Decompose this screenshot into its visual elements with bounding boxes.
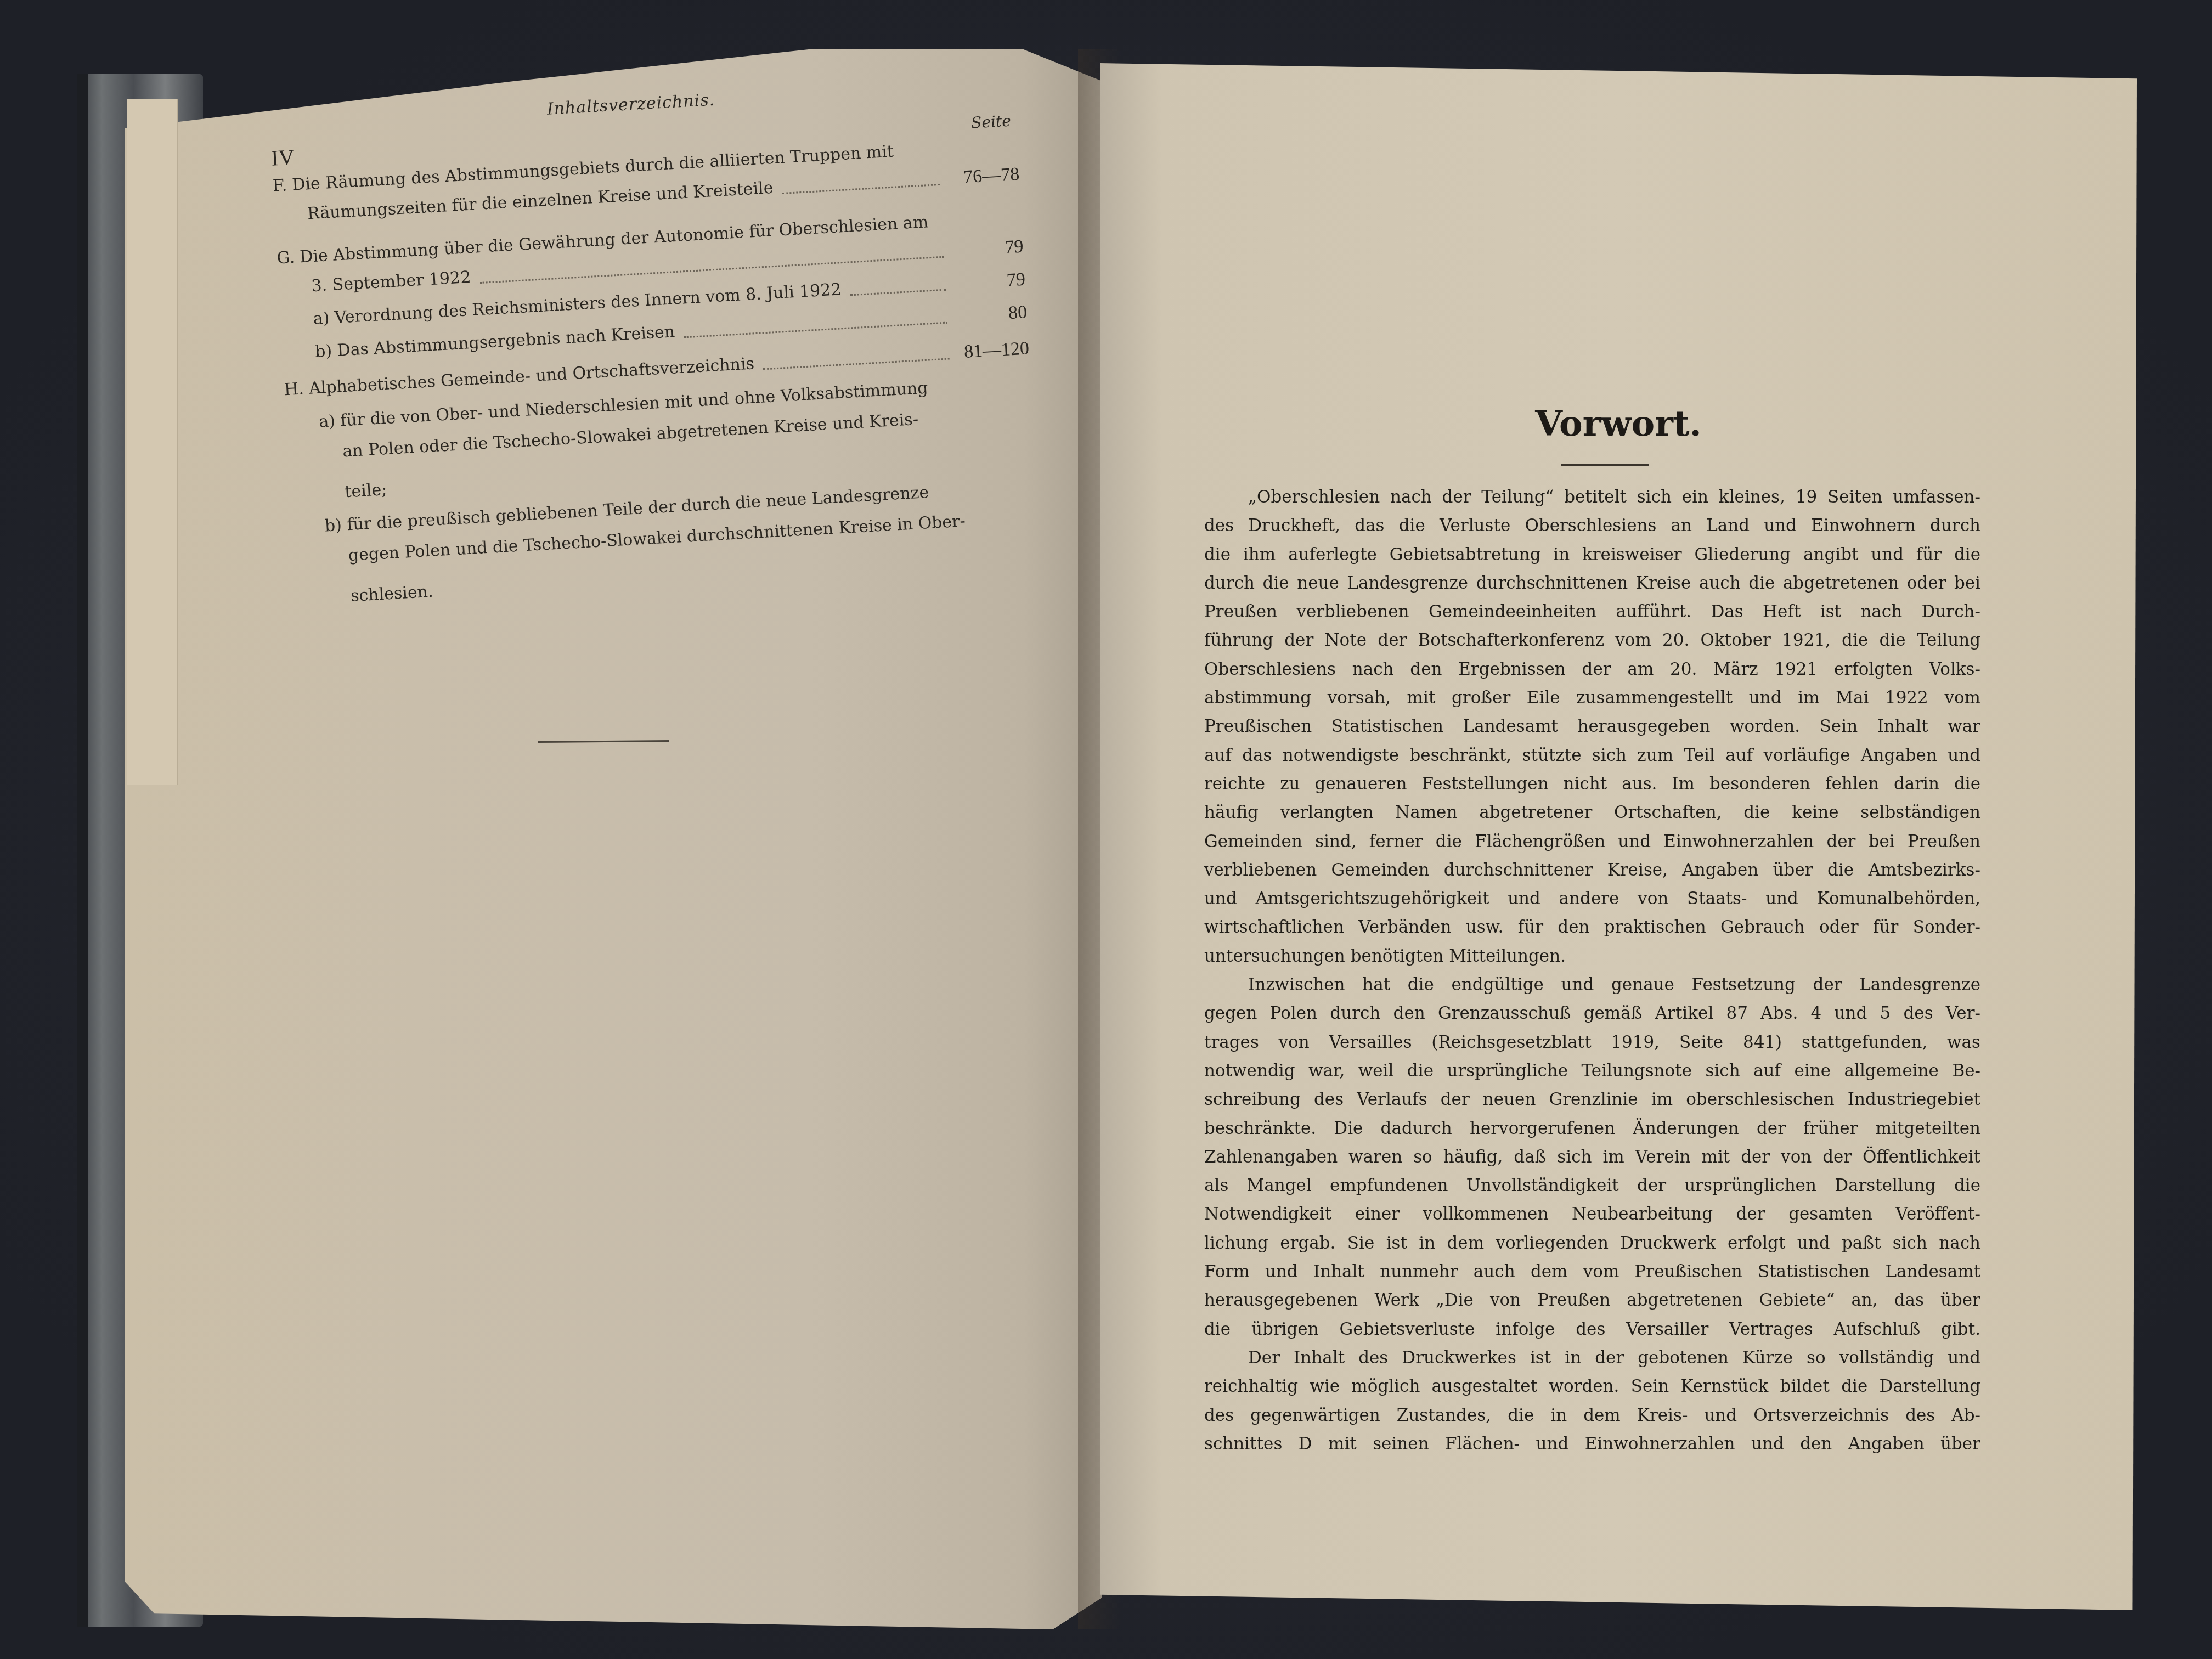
toc-page-ref: 80 <box>955 298 1028 330</box>
title-rule <box>1561 464 1649 466</box>
table-of-contents: Inhaltsverzeichnis. IV Seite F. Die Räum… <box>269 74 1042 614</box>
text-line: schreibung des Verlaufs der neuen Grenzl… <box>1204 1085 1980 1114</box>
text-line: verbliebenen Gemeinden durchschnittener … <box>1204 856 1980 884</box>
toc-page-ref: 76—78 <box>947 160 1020 193</box>
text-line: Notwendigkeit einer vollkommenen Neubear… <box>1204 1200 1980 1228</box>
text-line: Zahlenangaben waren so häufig, daß sich … <box>1204 1143 1980 1171</box>
book-spine-edge <box>77 74 88 1627</box>
text-line: „Oberschlesien nach der Teilung“ betitel… <box>1204 483 1980 511</box>
text-line: lichung ergab. Sie ist in dem vorliegend… <box>1204 1229 1980 1257</box>
text-line: notwendig war, weil die ursprüngliche Te… <box>1204 1057 1980 1085</box>
text-line: beschränkte. Die dadurch hervorgerufenen… <box>1204 1114 1980 1143</box>
text-line: Oberschlesiens nach den Ergebnissen der … <box>1204 655 1980 684</box>
text-line: die ihm auferlegte Gebietsabtretung in k… <box>1204 540 1980 569</box>
text-line: des gegenwärtigen Zustandes, die in dem … <box>1204 1401 1980 1430</box>
text-line: schnittes D mit seinen Flächen- und Einw… <box>1204 1430 1980 1458</box>
text-line: die übrigen Gebietsverluste infolge des … <box>1204 1315 1980 1344</box>
foreword-body: „Oberschlesien nach der Teilung“ betitel… <box>1204 483 1980 1458</box>
toc-page-ref: 79 <box>951 233 1024 265</box>
text-line: des Druckheft, das die Verluste Oberschl… <box>1204 511 1980 540</box>
text-line: Gemeinden sind, ferner die Flächengrößen… <box>1204 827 1980 856</box>
text-line: wirtschaftlichen Verbänden usw. für den … <box>1204 913 1980 941</box>
text-line: trages von Versailles (Reichsgesetzblatt… <box>1204 1028 1980 1057</box>
text-line: Preußen verbliebenen Gemeindeeinheiten a… <box>1204 597 1980 626</box>
toc-page-ref: 79 <box>953 266 1026 298</box>
paragraph-2: Inzwischen hat die endgültige und genaue… <box>1204 970 1980 1344</box>
text-line: gegen Polen durch den Grenzausschuß gemä… <box>1204 999 1980 1028</box>
toc-page-ref: 81—120 <box>957 334 1030 366</box>
page-column-header: Seite <box>970 112 1011 132</box>
text-line: Form und Inhalt nunmehr auch dem vom Pre… <box>1204 1257 1980 1286</box>
text-line: häufig verlangten Namen abgetretener Ort… <box>1204 798 1980 827</box>
text-line: untersuchungen benötigten Mitteilungen. <box>1204 942 1980 970</box>
text-line: Preußischen Statistischen Landesamt hera… <box>1204 712 1980 741</box>
leader-dots <box>684 322 947 338</box>
leader-dots <box>763 358 949 370</box>
text-line: Inzwischen hat die endgültige und genaue… <box>1204 970 1980 999</box>
left-page-inserted-flap <box>127 99 178 785</box>
text-line: und Amtsgerichtszugehörigkeit und andere… <box>1204 884 1980 913</box>
page-title: Vorwort. <box>1100 403 2137 444</box>
text-line: herausgegebenen Werk „Die von Preußen ab… <box>1204 1286 1980 1314</box>
text-line: abstimmung vorsah, mit großer Eile zusam… <box>1204 684 1980 712</box>
page-number: IV <box>270 144 295 171</box>
paragraph-3: Der Inhalt des Druckwerkes ist in der ge… <box>1204 1344 1980 1458</box>
text-line: Der Inhalt des Druckwerkes ist in der ge… <box>1204 1344 1980 1372</box>
text-line: durch die neue Landesgrenze durchschnitt… <box>1204 569 1980 597</box>
text-line: reichhaltig wie möglich ausgestaltet wor… <box>1204 1372 1980 1401</box>
text-line: führung der Note der Botschafterkonferen… <box>1204 626 1980 654</box>
text-line: reichte zu genaueren Feststellungen nich… <box>1204 770 1980 798</box>
text-line: als Mangel empfundenen Unvollständigkeit… <box>1204 1171 1980 1200</box>
leader-dots <box>850 289 946 296</box>
text-line: auf das notwendigste beschränkt, stützte… <box>1204 741 1980 770</box>
paragraph-1: „Oberschlesien nach der Teilung“ betitel… <box>1204 483 1980 970</box>
leader-dots <box>782 184 940 194</box>
